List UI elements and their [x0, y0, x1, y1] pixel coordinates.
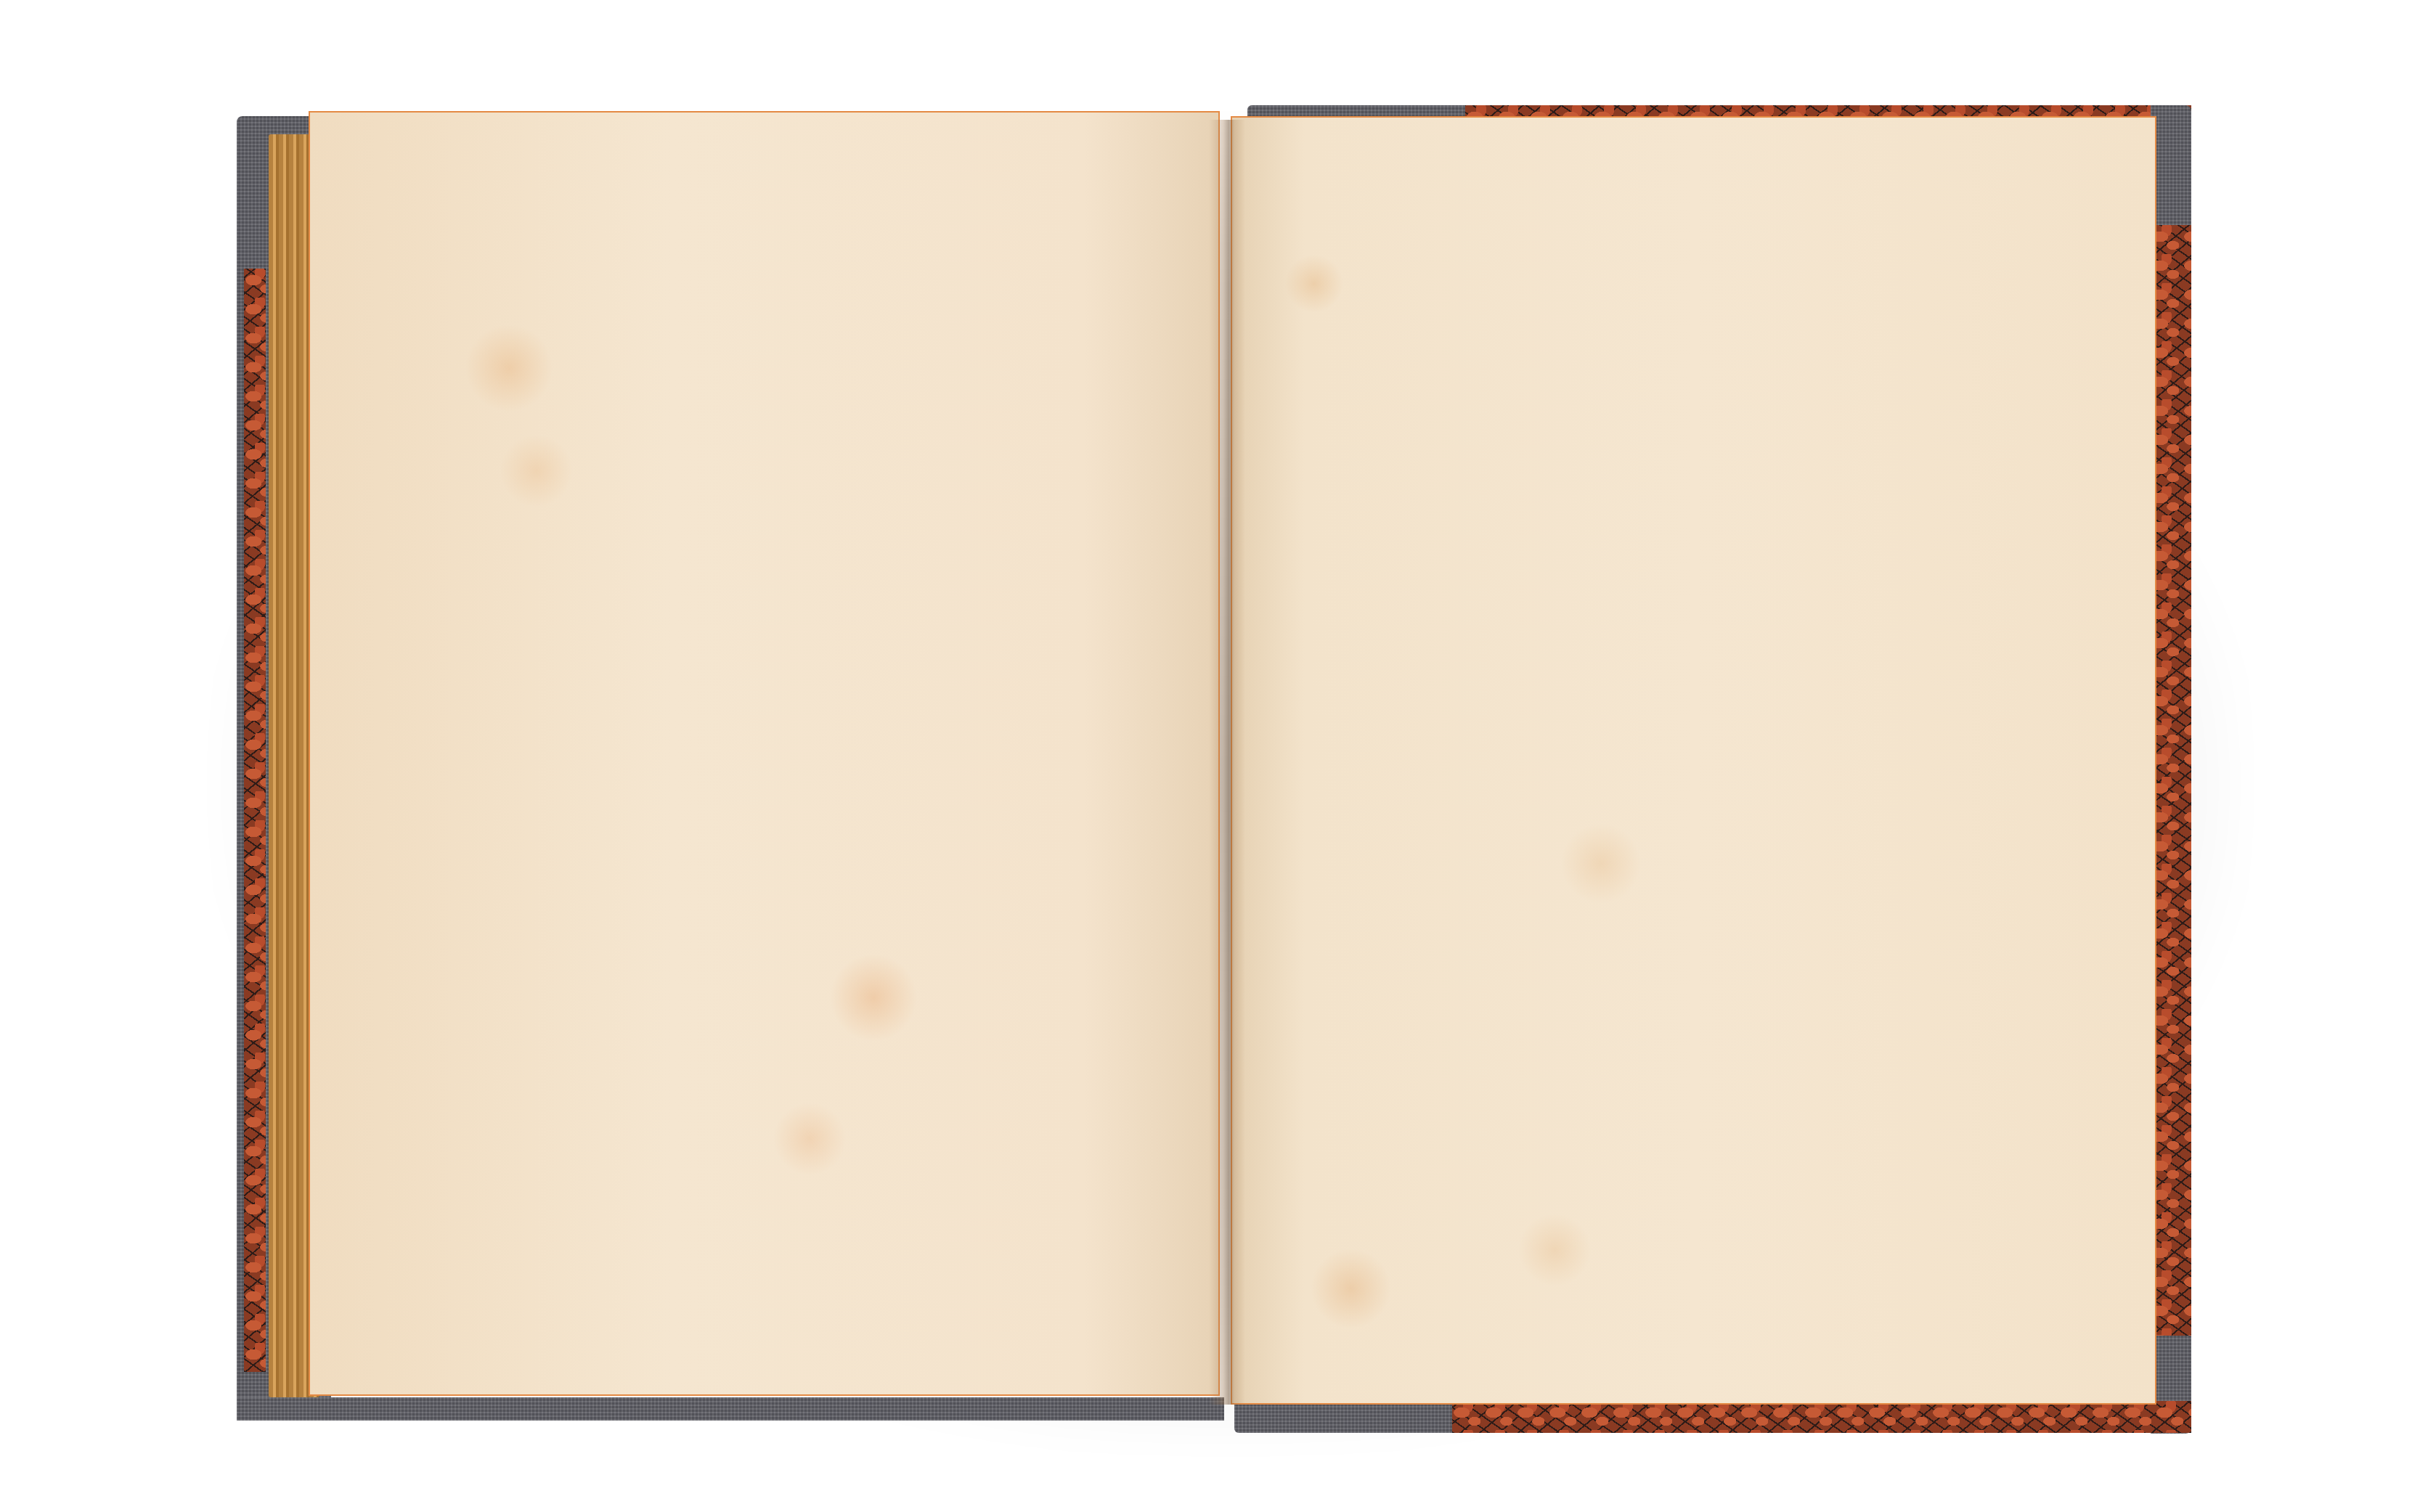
right-cover-bottom-marbled-paper — [1452, 1401, 2191, 1433]
left-cover-marbled-paper — [244, 269, 266, 1372]
right-cover-bottom-edge — [1234, 1401, 2191, 1433]
right-cover-side-marbled-paper — [2151, 225, 2191, 1336]
right-cover-side-edge — [2151, 105, 2191, 1434]
book-photo — [0, 0, 2420, 1512]
left-cover-bottom-edge — [237, 1397, 1224, 1421]
left-page-show-through-text — [450, 247, 1053, 944]
book-gutter — [1209, 120, 1245, 1405]
right-page — [1231, 116, 2156, 1405]
